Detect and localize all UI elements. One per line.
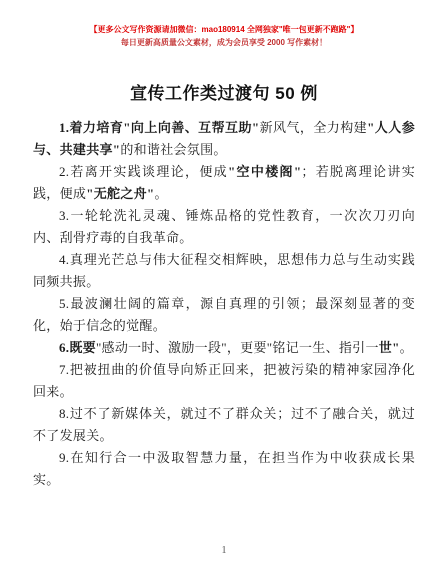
paragraph: 3.一轮轮洗礼灵魂、锤炼品格的党性教育，一次次刀刃向内、刮骨疗毒的自我革命。 [33,205,415,249]
text-run: 6.既要 [59,340,96,355]
text-run: 。 [400,340,413,355]
paragraph: 2.若离开实践谈理论，便成"空中楼阁"；若脱离理论讲实践，便成"无舵之舟"。 [33,161,415,205]
header-notice: 【更多公文写作资源请加微信：mao180914 全网独家"唯一包更新不跑路"】 … [0,0,448,49]
text-run: 2.若离开实践谈理论，便成 [59,164,228,179]
text-run: 新风气，全力构建 [259,120,367,135]
header-notice-line1: 【更多公文写作资源请加微信：mao180914 全网独家"唯一包更新不跑路"】 [0,23,448,36]
text-run: 7.把被扭曲的价值导向矫正回来，把被污染的精神家园净化回来。 [33,362,415,399]
page-number: 1 [0,545,448,556]
text-run: "感动一时、激励一段"，更要"铭记一生、指引一 [96,340,379,355]
text-run: 的和谐社会氛围。 [120,142,226,157]
paragraph: 4.真理光芒总与伟大征程交相辉映，思想伟力总与生动实践同频共振。 [33,249,415,293]
paragraph: 7.把被扭曲的价值导向矫正回来，把被污染的精神家园净化回来。 [33,359,415,403]
text-run: 3.一轮轮洗礼灵魂、锤炼品格的党性教育，一次次刀刃向内、刮骨疗毒的自我革命。 [33,208,415,245]
text-run: 9.在知行合一中汲取智慧力量，在担当作为中收获成长果实。 [33,450,415,487]
document-page: 【更多公文写作资源请加微信：mao180914 全网独家"唯一包更新不跑路"】 … [0,0,448,580]
paragraph: 6.既要"感动一时、激励一段"，更要"铭记一生、指引一世"。 [33,337,415,359]
text-run: 世" [379,340,400,355]
paragraph: 8.过不了新媒体关，就过不了群众关；过不了融合关，就过不了发展关。 [33,403,415,447]
document-body: 1.着力培育"向上向善、互帮互助"新风气，全力构建"人人参与、共建共享"的和谐社… [33,117,415,491]
text-run: 4.真理光芒总与伟大征程交相辉映，思想伟力总与生动实践同频共振。 [33,252,415,289]
text-run: 8.过不了新媒体关，就过不了群众关；过不了融合关，就过不了发展关。 [33,406,415,443]
paragraph: 1.着力培育"向上向善、互帮互助"新风气，全力构建"人人参与、共建共享"的和谐社… [33,117,415,161]
text-run: "无舵之舟" [86,186,154,201]
text-run: 。 [154,186,167,201]
text-run: 1.着力培育"向上向善、互帮互助" [59,120,259,135]
text-run: 5.最波澜壮阔的篇章，源自真理的引领；最深刻显著的变化，始于信念的觉醒。 [33,296,415,333]
header-notice-line2: 每日更新高质量公文素材，成为会员享受 2000 写作素材！ [0,36,448,49]
text-run: "空中楼阁" [228,164,301,179]
paragraph: 9.在知行合一中汲取智慧力量，在担当作为中收获成长果实。 [33,447,415,491]
document-title: 宣传工作类过渡句 50 例 [0,83,448,105]
paragraph: 5.最波澜壮阔的篇章，源自真理的引领；最深刻显著的变化，始于信念的觉醒。 [33,293,415,337]
